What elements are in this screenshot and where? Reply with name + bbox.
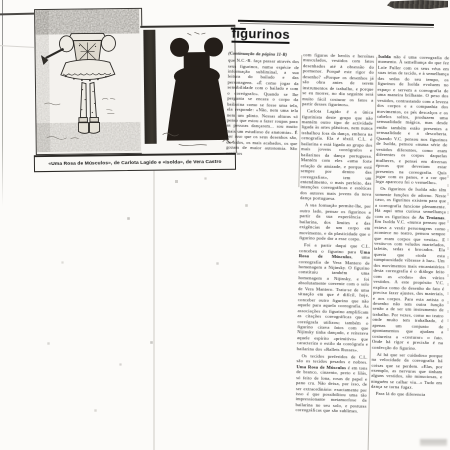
paragraph-text: , uma coreografia de Vera Mantero de hom… [297,254,370,352]
costume-sketch-drawing [35,9,141,152]
paragraph: Para lá do que diferencia [371,391,442,398]
paragraph-text: é em tons de branco, cinzento, preto e l… [295,365,367,414]
page-edge-scan-line [2,0,3,206]
paragraph-text: não é uma coreografia de momento. À seme… [375,54,449,185]
photo-dark-bar [143,30,156,144]
figure-caption: «Uma Rosa de Músculos», de Carlota Lagid… [34,153,236,172]
continuation-note: (Continuação da página 11-R) [228,51,299,58]
paper-fold-line [153,167,155,450]
paragraph: A sua formação permite-lhe, por outro la… [299,203,371,243]
figure-caption-text: «Uma Rosa de Músculos», de Carlota Lagid… [48,159,221,166]
dress-silhouette [157,30,234,153]
dress-photo-image [140,25,237,154]
paragraph: Os tecidos preferidos de C.L. são os tec… [295,353,367,415]
paragraph-text: . Em Isolda V.C. «nunca pensou que estav… [372,215,446,350]
paragraph: Foi a partir daqui que C.L. concebeu o f… [297,242,370,353]
paragraph: com figuras de heróis e heroínas muscula… [302,52,374,108]
scanned-newspaper-page: «Uma Rosa de Músculos», de Carlota Lagid… [0,0,450,450]
paragraph: Aí há que ser cuidadoso porque na veloci… [371,351,443,391]
article-column-3: Isolda não é uma coreografia de momento.… [370,54,450,450]
figure-block: «Uma Rosa de Músculos», de Carlota Lagid… [26,3,238,172]
dust-specks [0,0,1,1]
paragraph: que N.C.-R. faça passar através dos seus… [226,58,299,158]
article-column-2: com figuras de heróis e heroínas muscula… [295,52,375,450]
article: figurinos (Continuação da página 11-R) q… [219,18,450,450]
paragraph: Carlota Lagido é a única figurinista des… [300,108,373,202]
costume-sketch-image [34,8,144,155]
article-column-1: (Continuação da página 11-R) que N.C.-R.… [225,51,299,201]
corner-ink-blob [387,0,448,9]
work-title: Isolda [378,54,391,59]
paragraph: Os figurinos de Isolda não têm somente f… [372,186,447,351]
article-headline: figurinos [231,27,290,44]
paragraph: Isolda não é uma coreografia de momento.… [375,54,449,186]
article-columns: (Continuação da página 11-R) que N.C.-R.… [227,51,450,56]
